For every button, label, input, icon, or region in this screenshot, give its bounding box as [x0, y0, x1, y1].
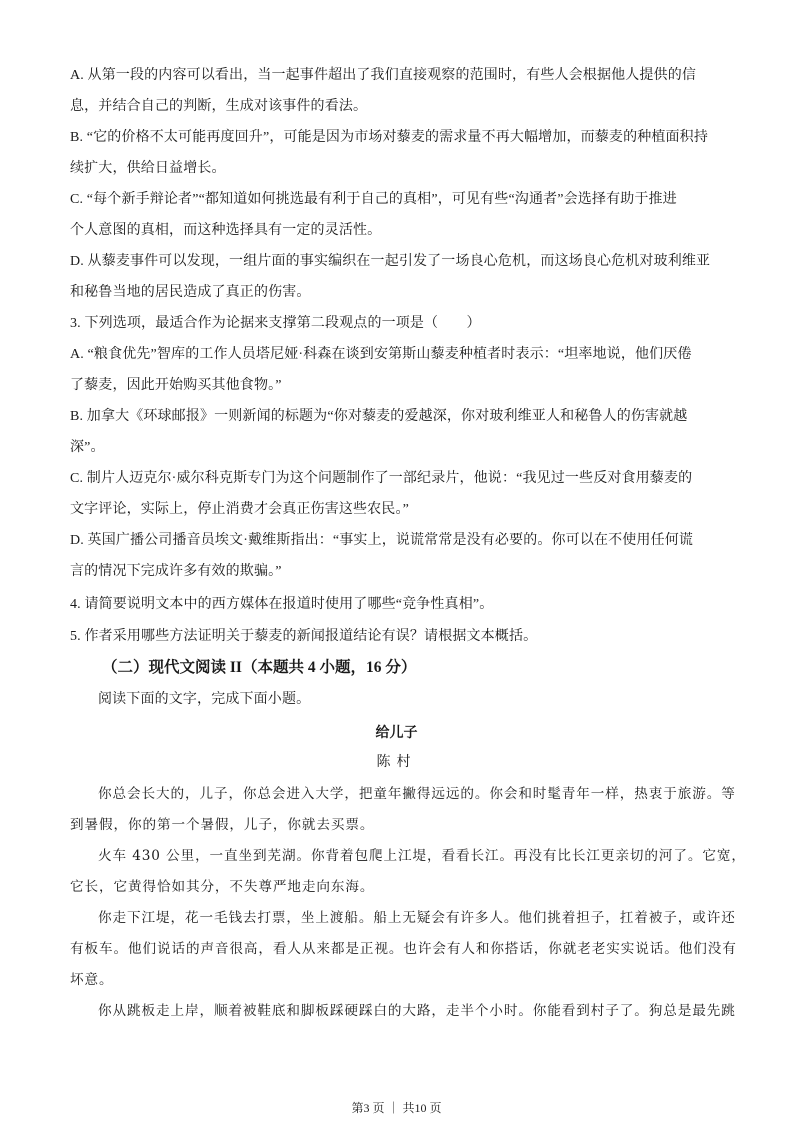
q3-option-b-line1: B. 加拿大《环球邮报》一则新闻的标题为“你对藜麦的爱越深，你对玻利维亚人和秘鲁…	[70, 407, 730, 427]
q3-option-a-line2: 了藜麦，因此开始购买其他食物。”	[70, 376, 730, 396]
q2-option-a-line1: A. 从第一段的内容可以看出，当一起事件超出了我们直接观察的范围时，有些人会根据…	[70, 66, 730, 86]
question-3-stem: 3. 下列选项，最适合作为论据来支撑第二段观点的一项是（ ）	[70, 314, 730, 334]
paragraph-1-line2: 到暑假，你的第一个暑假，儿子，你就去买票。	[70, 815, 730, 835]
q2-option-d-line1: D. 从藜麦事件可以发现，一组片面的事实编织在一起引发了一场良心危机，而这场良心…	[70, 252, 730, 272]
q2-option-a-line2: 息，并结合自己的判断，生成对该事件的看法。	[70, 97, 730, 117]
paragraph-3-line3: 坏意。	[70, 970, 730, 990]
section-instruction: 阅读下面的文字，完成下面小题。	[98, 690, 758, 710]
q3-option-c-line1: C. 制片人迈克尔·威尔科克斯专门为这个问题制作了一部纪录片，他说：“我见过一些…	[70, 469, 730, 489]
q2-option-b-line2: 续扩大，供给日益增长。	[70, 159, 730, 179]
q3-option-d-line2: 言的情况下完成许多有效的欺骗。”	[70, 562, 730, 582]
section-heading: （二）现代文阅读 II（本题共 4 小题，16 分）	[102, 657, 416, 679]
page-footer: 第3 页 ｜ 共10 页	[0, 1100, 793, 1116]
paragraph-2-line1: 火车 430 公里，一直坐到芜湖。你背着包爬上江堤，看看长江。再没有比长江更亲切…	[98, 846, 758, 866]
paragraph-1-line1: 你总会长大的，儿子，你总会进入大学，把童年撇得远远的。你会和时髦青年一样，热衷于…	[98, 784, 758, 804]
question-5: 5. 作者采用哪些方法证明关于藜麦的新闻报道结论有误？请根据文本概括。	[70, 627, 730, 647]
paragraph-2-line2: 它长，它黄得恰如其分，不失尊严地走向东海。	[70, 877, 730, 897]
q3-option-c-line2: 文字评论，实际上，停止消费才会真正伤害这些农民。”	[70, 500, 730, 520]
q2-option-c-line2: 个人意图的真相，而这种选择具有一定的灵活性。	[70, 221, 730, 241]
document-page: A. 从第一段的内容可以看出，当一起事件超出了我们直接观察的范围时，有些人会根据…	[0, 0, 793, 1122]
paragraph-4-line1: 你从跳板走上岸，顺着被鞋底和脚板踩硬踩白的大路，走半个小时。你能看到村子了。狗总…	[98, 1001, 758, 1021]
q2-option-d-line2: 和秘鲁当地的居民造成了真正的伤害。	[70, 283, 730, 303]
q2-option-c-line1: C. “每个新手辩论者”“都知道如何挑选最有利于自己的真相”，可见有些“沟通者”…	[70, 190, 730, 210]
poem-author: 陈村	[0, 752, 793, 772]
paragraph-3-line2: 有板车。他们说话的声音很高，看人从来都是正视。也许会有人和你搭话，你就老老实实说…	[70, 939, 730, 959]
q2-option-b-line1: B. “它的价格不太可能再度回升”，可能是因为市场对藜麦的需求量不再大幅增加，而…	[70, 128, 730, 148]
q3-option-a-line1: A. “粮食优先”智库的工作人员塔尼娅·科森在谈到安第斯山藜麦种植者时表示：“坦…	[70, 345, 730, 365]
poem-title: 给儿子	[0, 723, 793, 743]
question-4: 4. 请简要说明文本中的西方媒体在报道时使用了哪些“竞争性真相”。	[70, 595, 730, 615]
q3-option-b-line2: 深”。	[70, 438, 730, 458]
paragraph-3-line1: 你走下江堤，花一毛钱去打票，坐上渡船。船上无疑会有许多人。他们挑着担子，扛着被子…	[98, 908, 758, 928]
q3-option-d-line1: D. 英国广播公司播音员埃文·戴维斯指出：“事实上，说谎常常是没有必要的。你可以…	[70, 531, 730, 551]
